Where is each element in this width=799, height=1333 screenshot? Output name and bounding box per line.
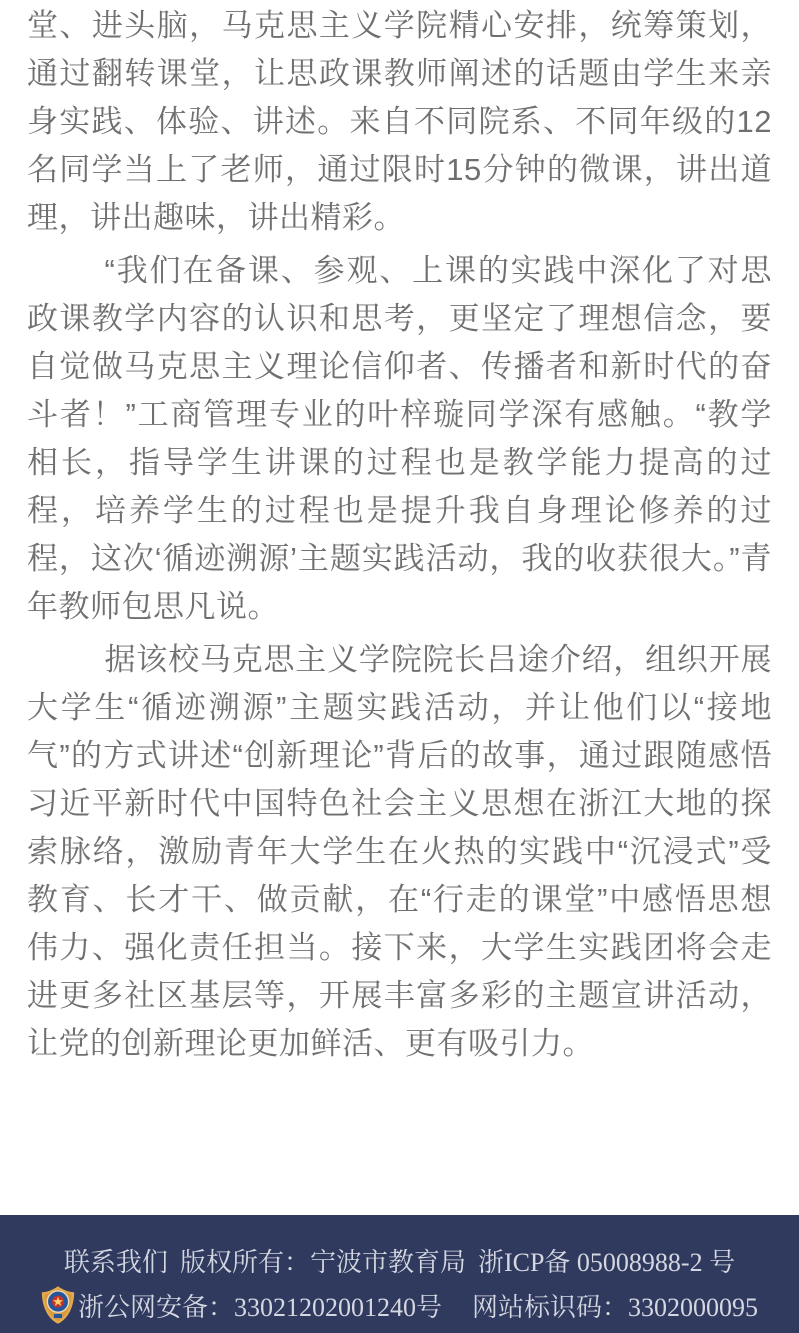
icp-number-link[interactable]: 浙ICP备 05008988-2 号 xyxy=(478,1248,735,1278)
contact-us-link[interactable]: 联系我们 xyxy=(64,1248,168,1278)
beian-link[interactable]: 浙公网安备：33021202001240号 xyxy=(41,1285,442,1325)
copyright-text: 版权所有：宁波市教育局 xyxy=(180,1248,466,1278)
article-paragraph: 据该校马克思主义学院院长吕途介绍，组织开展大学生“循迹溯源”主题实践活动，并让他… xyxy=(27,636,772,1068)
police-badge-icon xyxy=(41,1285,75,1325)
article-page: 堂、进头脑，马克思主义学院精心安排，统筹策划，通过翻转课堂，让思政课教师阐述的话… xyxy=(0,0,799,1333)
article-paragraph: “我们在备课、参观、上课的实践中深化了对思政课教学内容的认识和思考，更坚定了理想… xyxy=(27,247,772,631)
footer-beian-line: 浙公网安备：33021202001240号 网站标识码：3302000095 xyxy=(41,1285,758,1325)
footer-copyright-line: 联系我们 版权所有：宁波市教育局 浙ICP备 05008988-2 号 xyxy=(64,1248,735,1278)
article-body: 堂、进头脑，马克思主义学院精心安排，统筹策划，通过翻转课堂，让思政课教师阐述的话… xyxy=(0,0,799,1215)
site-code-text: 网站标识码：3302000095 xyxy=(472,1287,758,1324)
beian-number-text: 浙公网安备：33021202001240号 xyxy=(78,1287,442,1324)
article-paragraph: 堂、进头脑，马克思主义学院精心安排，统筹策划，通过翻转课堂，让思政课教师阐述的话… xyxy=(27,2,772,242)
page-footer: 联系我们 版权所有：宁波市教育局 浙ICP备 05008988-2 号 xyxy=(0,1215,799,1333)
